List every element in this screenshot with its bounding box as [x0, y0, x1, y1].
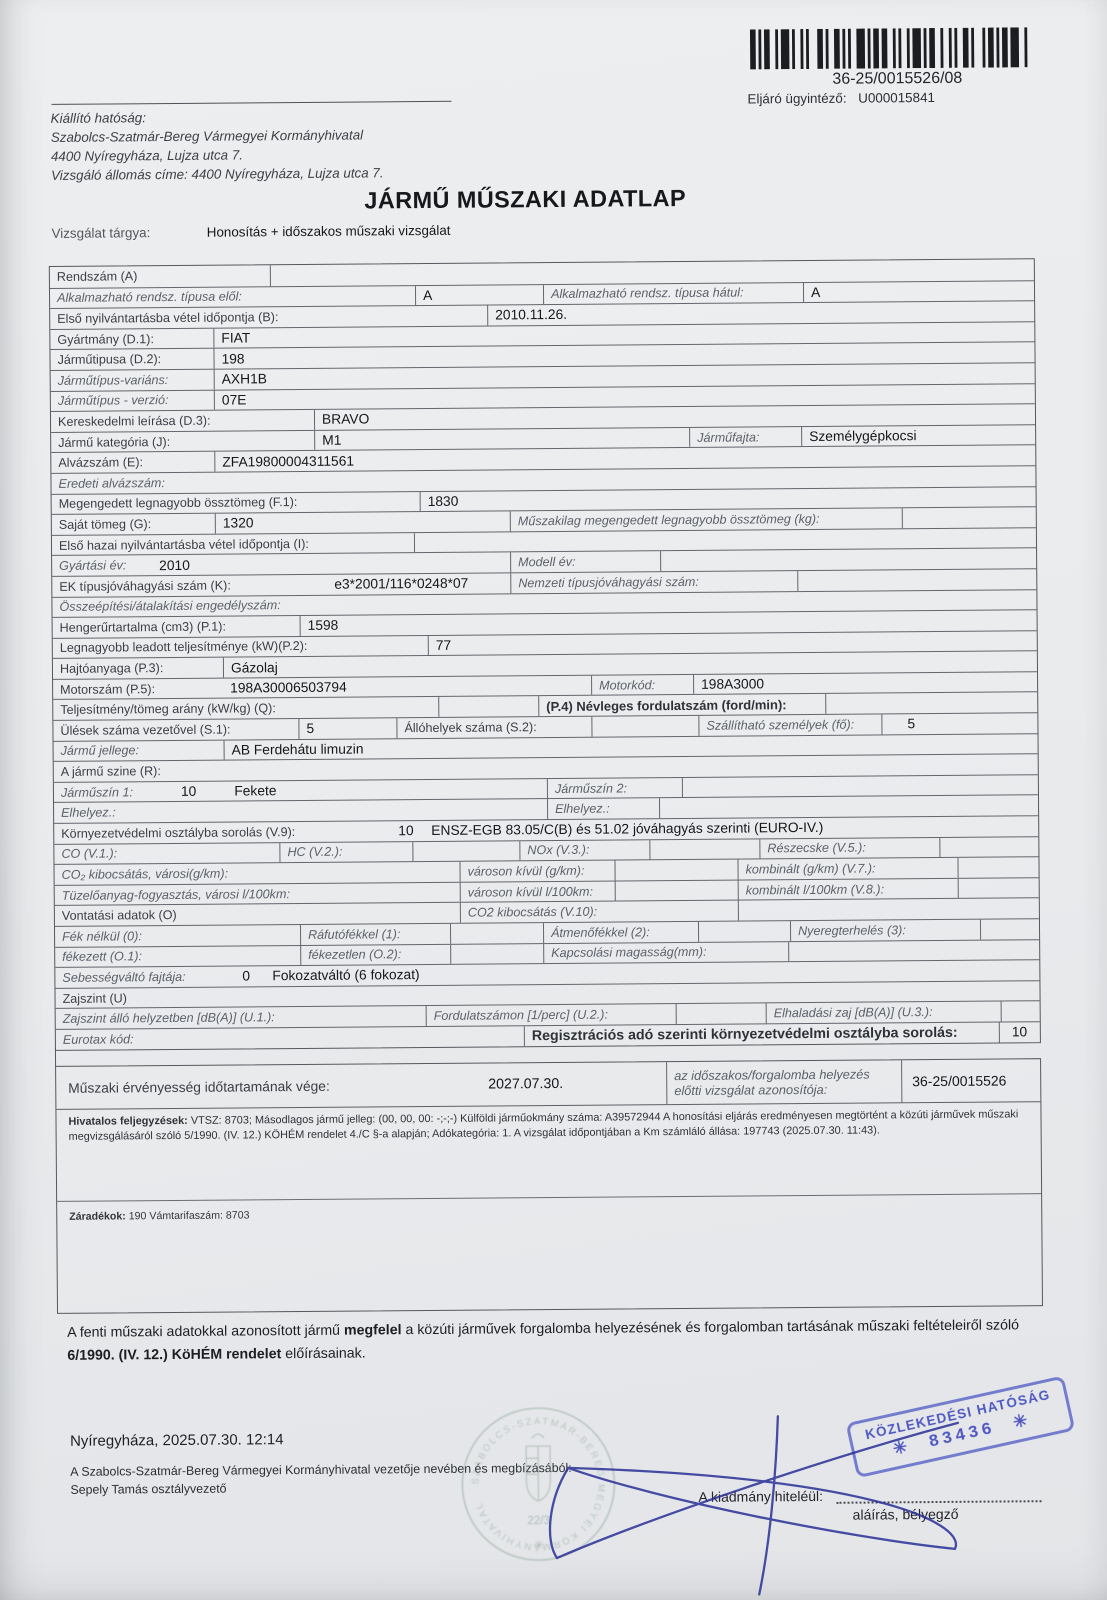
noise-passby-label: Elhaladási zaj [dB(A)] (U.3.): — [774, 1005, 933, 1020]
vin-value: ZFA19800004311561 — [222, 453, 354, 469]
noise-rpm-value-cell — [676, 1004, 766, 1024]
plate-rear-value-cell: A — [803, 281, 1034, 302]
fuel-combined-value-cell — [958, 878, 1039, 898]
displacement-label: Hengerűrtartalma (cm3) (P.1): — [60, 619, 226, 634]
noise-passby-value-cell — [1001, 1002, 1040, 1022]
clauses-text: 190 Vámtarifaszám: 8703 — [126, 1209, 250, 1222]
own-mass-label: Saját tömeg (G): — [59, 517, 151, 532]
env-class-value: ENSZ-EGB 83.05/C(B) és 51.02 jóváhagyás … — [431, 820, 823, 838]
prelim-id-label-line1: az időszakos/forgalomba helyezés — [674, 1067, 870, 1084]
engine-code-value: 198A3000 — [701, 677, 764, 692]
co2-v10-value-cell — [738, 899, 1039, 921]
noise-standing-label: Zajszint álló helyzetben [dB(A)] (U.1.): — [63, 1010, 275, 1026]
tech-max-mass-value-cell — [902, 507, 1036, 528]
co2-extra-value-cell — [614, 860, 737, 881]
engine-no-label: Motorszám (P.5): — [60, 682, 155, 697]
variant-label: Járműtípus-variáns: — [58, 373, 169, 388]
plate-front-label: Alkalmazható rendsz. típusa elől: — [57, 290, 242, 305]
fuel-extra-label: városon kívül l/100km: — [468, 884, 593, 899]
rated-speed-label: (P.4) Névleges fordulatszám (ford/min): — [546, 697, 786, 714]
first-reg-label: Első nyilvántartásba vétel időpontja (B)… — [57, 310, 278, 326]
engine-no-value: 198A30006503794 — [230, 680, 347, 696]
first-reg-value: 2010.11.26. — [495, 307, 567, 323]
signer-name: Sepely Tamás osztályvezető — [70, 1482, 226, 1497]
fuel-label: Hajtóanyaga (P.3): — [60, 661, 163, 676]
document-content: Kiállító hatóság: Szabolcs-Szatmár-Bereg… — [0, 0, 1107, 1600]
co2-extra-label: városon kívül (g/km): — [468, 864, 585, 879]
standing-label: Állóhelyek száma (S.2): — [404, 720, 536, 735]
saddle-value-cell — [980, 919, 1039, 939]
rebuild-permit-label: Összeépítési/átalakítási engedélyszám: — [59, 598, 280, 614]
barcode-number: 36-25/0015526/08 — [747, 69, 1047, 89]
subject-value: Honosítás + időszakos műszaki vizsgálat — [207, 223, 451, 240]
engine-code-value-cell: 198A3000 — [693, 672, 1037, 694]
power-mass-value-cell — [438, 697, 538, 717]
env-class-label: Környezetvédelmi osztályba sorolás (V.9)… — [61, 825, 295, 841]
station-line: Vizsgáló állomás címe: 4400 Nyíregyháza,… — [51, 163, 384, 185]
fuel-extra-value-cell — [615, 880, 738, 901]
gearbox-label: Sebességváltó fajtája: — [62, 970, 185, 985]
clerk-value: U000015841 — [858, 90, 935, 106]
validity-notes-box: Műszaki érvényesség időtartamának vége: … — [55, 1058, 1043, 1314]
barcode — [747, 27, 1047, 69]
vehicle-data-table: Rendszám (A) Alkalmazható rendsz. típusa… — [49, 258, 1041, 1050]
place2-value-cell — [659, 796, 1038, 819]
particulate-value-cell — [939, 837, 1038, 857]
particulate-label: Részecske (V.5.): — [767, 841, 866, 856]
continuous-label: Átmenőfékkel (2): — [551, 925, 650, 940]
noise-section-label: Zajszint (U) — [62, 991, 126, 1006]
scanned-document-page: Kiállító hatóság: Szabolcs-Szatmár-Bereg… — [0, 0, 1107, 1600]
rendszam-label: Rendszám (A) — [57, 270, 138, 285]
env-class-code: 10 — [398, 823, 413, 838]
issuer-label: Kiállító hatóság: — [51, 106, 384, 128]
color-section-label: A jármű szine (R): — [61, 764, 161, 779]
eurotax-label: Eurotax kód: — [63, 1032, 134, 1047]
issuer-address: 4400 Nyíregyháza, Lujza utca 7. — [51, 144, 384, 166]
clerk-line: Eljáró ügyintéző: U000015841 — [747, 89, 1047, 106]
co-label: CO (V.1.): — [61, 847, 117, 861]
braked-label: fékezett (O.1): — [62, 950, 142, 965]
ec-approval-label: EK típusjóváhagyási szám (K): — [59, 578, 231, 593]
color2-label: Járműszín 2: — [555, 781, 627, 796]
no-brake-label: Fék nélkül (0): — [62, 929, 142, 944]
persons-value: 5 — [907, 717, 915, 732]
unbraked-label: fékezetlen (O.2): — [308, 948, 401, 963]
color2-value-cell — [682, 775, 1038, 797]
kind-label: Járműfajta: — [697, 430, 759, 444]
co2-combined-value-cell — [957, 857, 1038, 877]
prelim-id-value-cell: 36-25/0015526 — [901, 1059, 1040, 1102]
handwritten-signature — [526, 1386, 1058, 1600]
character-value: AB Ferdehátu limuzin — [232, 741, 364, 757]
variant-value: AXH1B — [222, 372, 267, 387]
noise-rpm-label: Fordulatszámon [1/perc] (U.2.): — [434, 1008, 608, 1023]
coupling-label: Kapcsolási magasság(mm): — [551, 945, 706, 960]
plate-rear-value: A — [811, 285, 820, 300]
vin-label: Alvázszám (E): — [58, 455, 143, 470]
nox-label: NOx (V.3.): — [527, 843, 589, 857]
tech-max-mass-label: Műszakilag megengedett legnagyobb össztö… — [518, 512, 820, 528]
place-date: Nyíregyháza, 2025.07.30. 12:14 — [70, 1431, 284, 1450]
make-label: Gyártmány (D.1): — [57, 332, 154, 347]
statement-bold1: megfelel — [344, 1322, 402, 1338]
trade-label: Kereskedelmi leírása (D.3): — [58, 414, 211, 429]
place1-label: Elhelyez.: — [61, 806, 116, 820]
color1-label: Járműszín 1: — [61, 785, 133, 800]
kind-value: Személygépkocsi — [809, 428, 916, 444]
unbraked-value-cell — [450, 944, 543, 964]
kind-value-cell: Személygépkocsi — [801, 425, 1035, 446]
fuel-value: Gázolaj — [231, 660, 278, 675]
gearbox-value: Fokozatváltó (6 fokozat) — [272, 968, 419, 984]
persons-label: Szállítható személyek (fő): — [706, 718, 854, 733]
conformity-statement: A fenti műszaki adatokkal azonosított já… — [67, 1314, 1049, 1368]
reg-tax-value-cell: 10 — [999, 1022, 1040, 1042]
character-label: Jármű jellege: — [61, 744, 140, 759]
official-notes: Hivatalos feljegyzések: VTSZ: 8703; Máso… — [56, 1102, 1041, 1201]
issuer-name: Szabolcs-Szatmár-Bereg Vármegyei Kormány… — [51, 125, 384, 147]
barcode-block: 36-25/0015526/08 Eljáró ügyintéző: U0000… — [747, 27, 1048, 106]
fuel-combined-label: kombinált l/100km (V.8.): — [746, 882, 884, 897]
power-mass-label: Teljesítmény/tömeg arány (kW/kg) (Q): — [60, 701, 276, 717]
plate-rear-label: Alkalmazható rendsz. típusa hátul: — [551, 286, 744, 302]
prod-year-value: 2010 — [159, 557, 190, 572]
issuer-block: Kiállító hatóság: Szabolcs-Szatmár-Bereg… — [51, 106, 384, 185]
ec-approval-value: e3*2001/116*0248*07 — [334, 576, 468, 592]
fuel-urban-label: Tüzelőanyag-fogyasztás, városi l/100km: — [62, 887, 290, 903]
subject-line: Vizsgálat tárgya: Honosítás + időszakos … — [51, 222, 450, 243]
max-mass-value: 1830 — [428, 494, 459, 509]
clerk-label: Eljáró ügyintéző: — [747, 91, 846, 107]
validity-row: Műszaki érvényesség időtartamának vége: … — [56, 1059, 1040, 1110]
statement-part1: A fenti műszaki adatokkal azonosított já… — [67, 1323, 344, 1341]
official-notes-text: VTSZ: 8703; Másodlagos jármű jelleg: (00… — [69, 1108, 1019, 1142]
statement-part2: a közúti járművek forgalomba helyezéséne… — [401, 1317, 1019, 1338]
statement-bold2: 6/1990. (IV. 12.) KöHÉM rendelet — [67, 1346, 281, 1364]
subject-label: Vizsgálat tárgya: — [51, 225, 150, 241]
coupling-value-cell — [788, 940, 1039, 962]
own-mass-value: 1320 — [223, 516, 254, 531]
place2-label: Elhelyez.: — [555, 802, 610, 816]
power-label: Legnagyobb leadott teljesítménye (kW)(P.… — [60, 639, 308, 655]
overrun-label: Ráfutófékkel (1): — [308, 927, 401, 942]
type-value: 198 — [221, 351, 244, 366]
trade-value: BRAVO — [322, 412, 369, 427]
make-value: FIAT — [221, 330, 250, 345]
box-left-border-connector — [55, 1048, 56, 1067]
header-rule — [52, 101, 452, 106]
national-approval-value-cell — [797, 569, 1036, 590]
color1-code: 10 — [181, 784, 196, 799]
power-value: 77 — [436, 638, 451, 653]
co2-v10-label: CO2 kibocsátás (V.10): — [468, 905, 597, 920]
co2-combined-label: kombinált (g/km) (V.7.): — [746, 861, 876, 876]
statement-part3: előírásainak. — [281, 1345, 366, 1362]
engine-code-label: Motorkód: — [599, 678, 655, 692]
displacement-value: 1598 — [308, 618, 339, 633]
category-label: Jármű kategória (J): — [58, 435, 170, 450]
orig-vin-label: Eredeti alvázszám: — [58, 476, 164, 491]
first-hu-reg-label: Első hazai nyilvántartásba vétel időpont… — [59, 536, 309, 552]
max-mass-label: Megengedett legnagyobb össztömeg (F.1): — [59, 495, 298, 511]
color1-value: Fekete — [234, 783, 276, 798]
validity-label: Műszaki érvényesség időtartamának vége: — [68, 1078, 330, 1095]
model-year-value-cell — [660, 549, 1036, 572]
persons-value-cell: 5 — [881, 713, 1037, 734]
clauses-label: Záradékok: — [69, 1210, 126, 1222]
hc-label: HC (V.2.): — [287, 845, 342, 859]
page-title: JÁRMŰ MŰSZAKI ADATLAP — [364, 185, 686, 215]
model-year-label: Modell év: — [518, 555, 576, 569]
version-value: 07E — [222, 392, 247, 407]
type-label: Járműtipusa (D.2): — [57, 352, 161, 367]
towing-section-label: Vontatási adatok (O) — [62, 908, 177, 923]
prelim-id-label-line2: előtti vizsgálat azonosítója: — [674, 1082, 870, 1099]
prod-year-label: Gyártási év: — [59, 558, 126, 573]
rated-speed-value-cell — [825, 693, 1037, 714]
seats-label: Ülések száma vezetővel (S.1): — [60, 722, 230, 737]
nox-value-cell — [649, 839, 759, 859]
reg-tax-value: 10 — [1012, 1025, 1027, 1040]
validity-value: 2027.07.30. — [488, 1076, 563, 1093]
reg-tax-label: Regisztrációs adó szerinti környezetvéde… — [532, 1025, 958, 1044]
saddle-label: Nyeregterhelés (3): — [798, 923, 906, 938]
official-notes-label: Hivatalos feljegyzések: — [68, 1115, 187, 1128]
hc-value-cell — [412, 841, 519, 861]
standing-value-cell — [591, 716, 698, 736]
prelim-id-value: 36-25/0015526 — [912, 1072, 1006, 1089]
co2-urban-label: CO₂ kibocsátás, városi(g/km): — [62, 867, 229, 882]
overrun-value-cell — [450, 923, 543, 943]
national-approval-label: Nemzeti típusjóváhagyási szám: — [518, 575, 699, 590]
seats-value: 5 — [306, 721, 314, 736]
category-value: M1 — [322, 433, 341, 448]
plate-front-value: A — [423, 288, 432, 303]
version-label: Járműtípus - verzió: — [58, 393, 169, 408]
gearbox-code: 0 — [242, 969, 250, 984]
continuous-value-cell — [698, 921, 790, 941]
